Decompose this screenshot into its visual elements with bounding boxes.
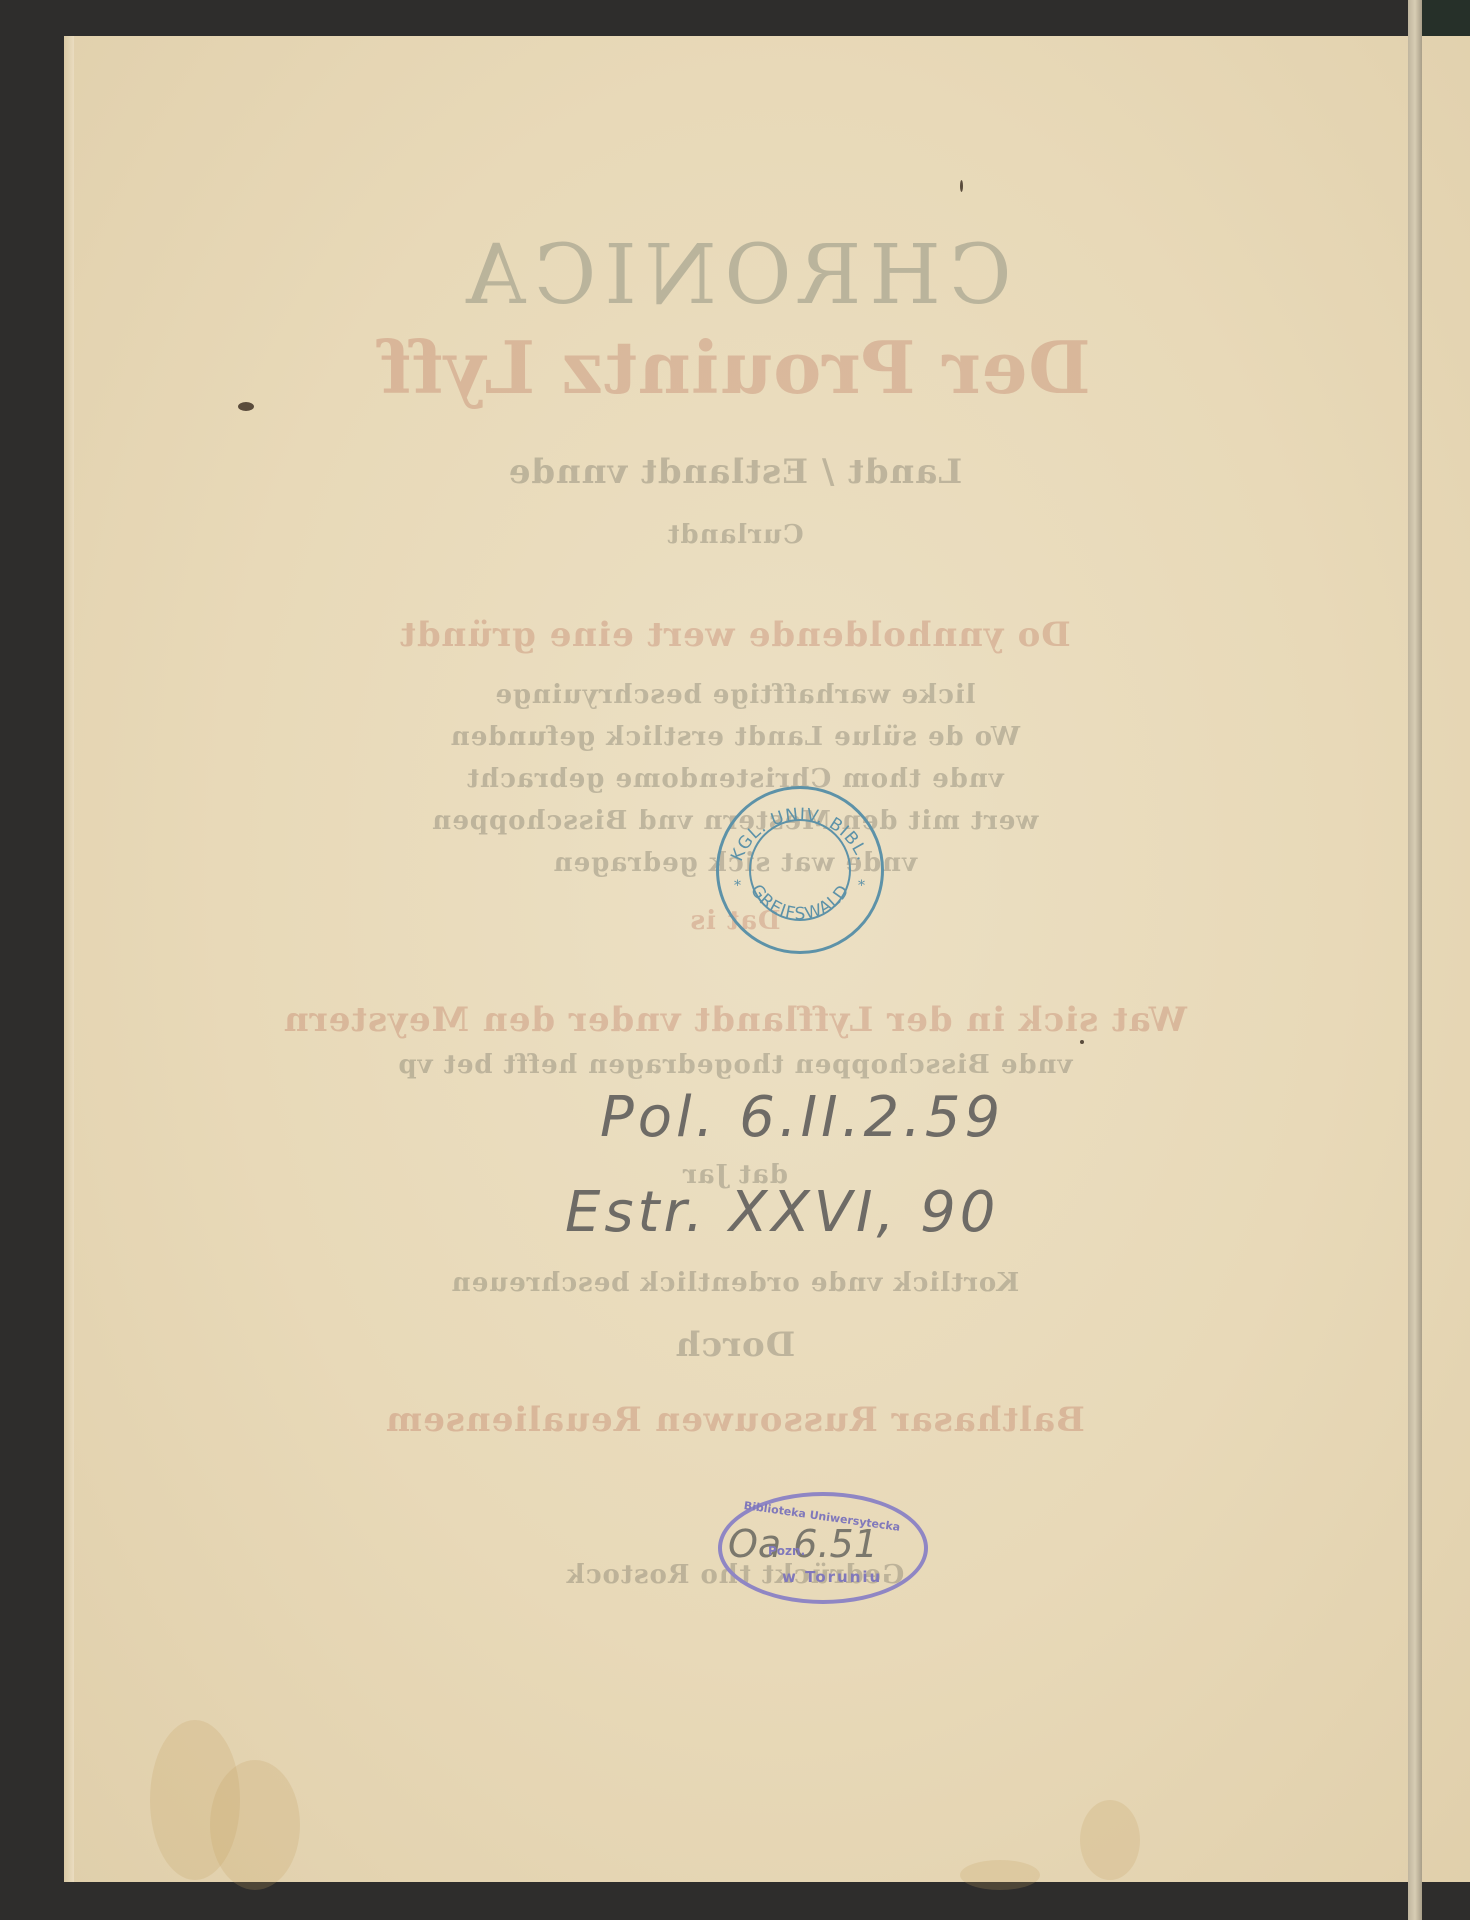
water-stain bbox=[1080, 1800, 1140, 1880]
shelfmark-line-1: Pol. 6.II.2.59 bbox=[600, 1085, 1004, 1150]
library-stamp-torun: Biblioteka Uniwersytecka Oa 6.51 Pozn. w… bbox=[718, 1492, 928, 1604]
star-icon: * bbox=[734, 878, 741, 894]
svg-text:KGL. UNIV. BIBL.: KGL. UNIV. BIBL. bbox=[727, 805, 873, 864]
stamp-bottom-text: GREIFSWALD bbox=[746, 881, 854, 924]
oval-stamp-bottom-text: w Toruniu bbox=[782, 1568, 882, 1586]
bleed-line: Dorch bbox=[0, 1325, 1470, 1365]
bleed-line: licke warhafftige beschryuinge bbox=[0, 680, 1470, 710]
bleed-line: vnde Bisschoppen thogedragen hefft bet v… bbox=[0, 1050, 1470, 1080]
bleed-line: Kortlick vnde ordentlick beschreuen bbox=[0, 1268, 1470, 1298]
ink-spot bbox=[1080, 1040, 1084, 1044]
ink-spot bbox=[960, 180, 963, 192]
bleed-line: Do ynnholdende wert eine gründt bbox=[0, 615, 1470, 655]
shelfmark-line-2: Estr. XXVI, 90 bbox=[565, 1180, 999, 1245]
bleed-line: Wat sick in der Lyfflandt vnder den Meys… bbox=[0, 1000, 1470, 1040]
water-stain bbox=[960, 1860, 1040, 1890]
bleed-title: CHRONICA bbox=[0, 228, 1470, 323]
water-stain bbox=[210, 1760, 300, 1890]
bleed-line: Landt / Estlandt vnnde bbox=[0, 452, 1470, 492]
stamp-text-ring: KGL. UNIV. BIBL. GREIFSWALD * * bbox=[716, 786, 884, 954]
svg-text:GREIFSWALD: GREIFSWALD bbox=[746, 881, 854, 924]
bleed-line: Curlandt bbox=[0, 520, 1470, 550]
bleed-line: Der Prouintz Lyff bbox=[0, 325, 1470, 410]
library-stamp-greifswald: KGL. UNIV. BIBL. GREIFSWALD * * bbox=[716, 786, 884, 954]
bleed-line: Balthasar Russouwen Reualiensem bbox=[0, 1400, 1470, 1440]
bleed-line: Wo de sülue Landt erstlick gefunden bbox=[0, 722, 1470, 752]
oval-stamp-middle-text: Pozn. bbox=[768, 1544, 805, 1558]
stamp-top-text: KGL. UNIV. BIBL. bbox=[727, 805, 873, 864]
star-icon: * bbox=[858, 878, 865, 894]
